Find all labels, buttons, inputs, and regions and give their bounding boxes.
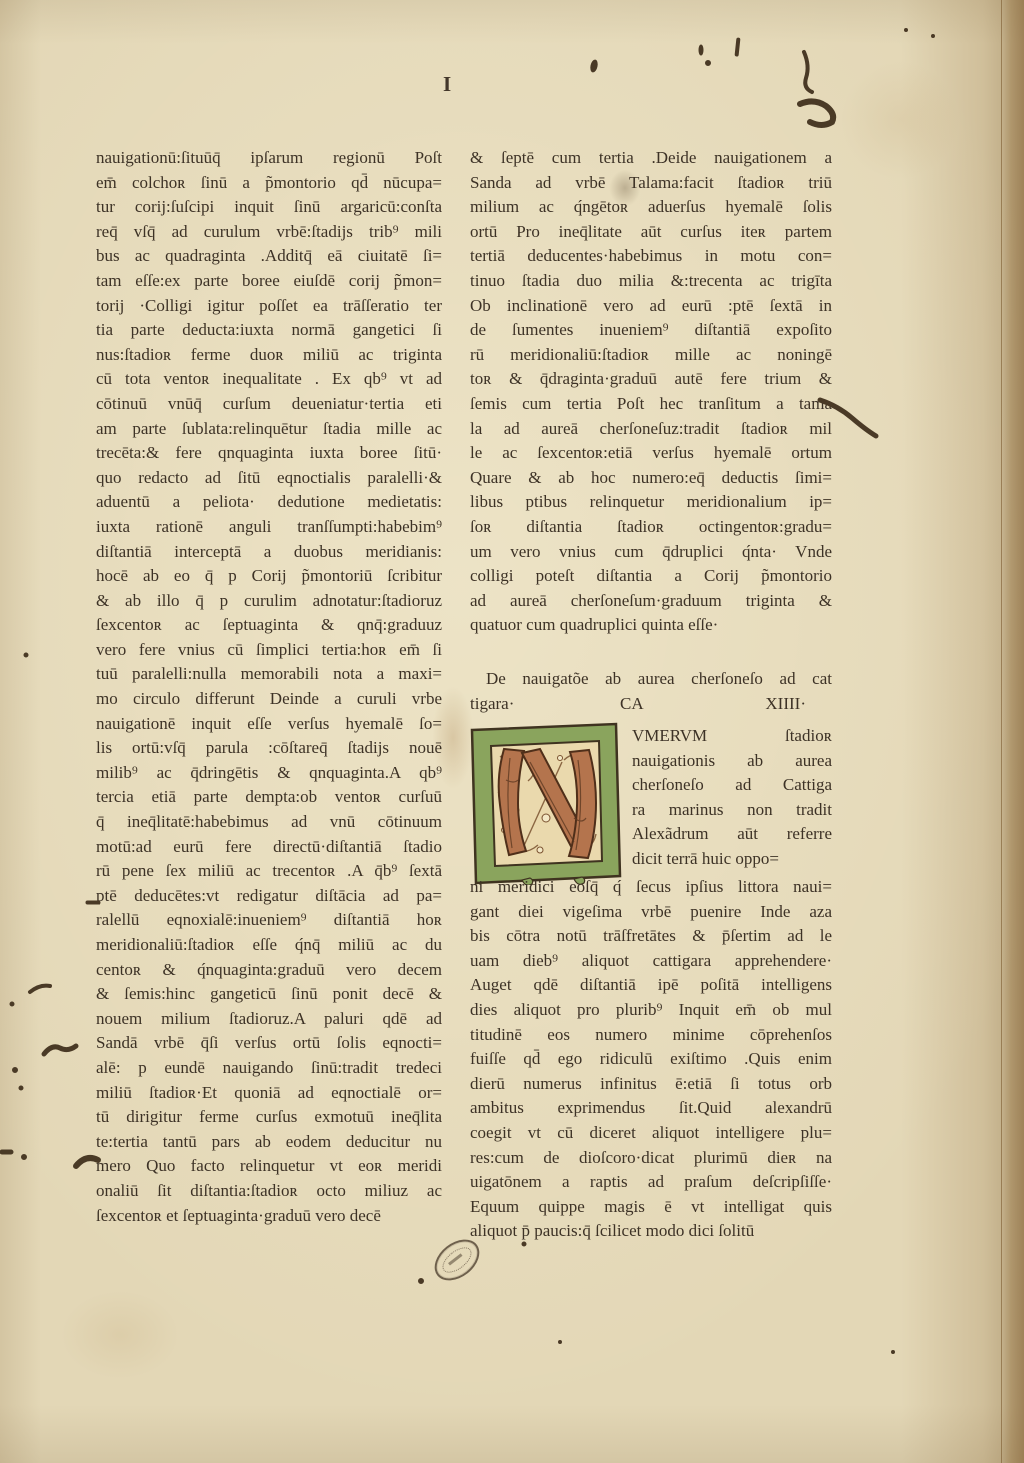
text-line: tercia etiā parte dempta:ob ventoʀ curſu… — [96, 785, 442, 810]
text-line: ambitus exprimendus ſit.Quid alexandrū — [470, 1096, 832, 1121]
text-line: dierū numerus infinitus ē:etiā ſi totus … — [470, 1072, 832, 1097]
text-line: motū:ad eurū fere directū·diſtantiā ſtad… — [96, 835, 442, 860]
text-line: te:tertia tantū pars ab eodem deducitur … — [96, 1130, 442, 1155]
text-line: Equum quippe magis ē vt intelligat quis — [470, 1195, 832, 1220]
text-line: ralellū eqnoxialē:inueniem⁹ diſtantiā ho… — [96, 908, 442, 933]
text-line: Ob inclinationē vero ad eurū :ptē ſextā … — [470, 294, 832, 319]
text-line: tur corij:ſuſcipi inquit ſinū argaricū:c… — [96, 195, 442, 220]
text-line: mo circulo differunt Deinde a curuli vrb… — [96, 687, 442, 712]
text-line: gant diei vigeſima vrbē puenire Inde aza — [470, 900, 832, 925]
text-line: tū dirigitur ferme curſus exmotuū ineq̄l… — [96, 1105, 442, 1130]
text-line: trecēta:& fere qnquaginta iuxta boree ſi… — [96, 441, 442, 466]
text-line: nouem milium ſtadioruz.A paluri qdē ad — [96, 1007, 442, 1032]
text-line: ptē deducētes:vt redigatur diſtācia ad p… — [96, 884, 442, 909]
text-line: centoʀ & q́nquaginta:graduū vero decem — [96, 958, 442, 983]
text-line: cherſoneſo ad Cattiga — [632, 773, 832, 798]
text-line: bis cōtra notū trāſfretātes & p̄ſertim a… — [470, 924, 832, 949]
text-line: nauigationis ab aurea — [632, 749, 832, 774]
left-text-column: nauigationū:ſituūq̄ ipſarum regionū Poſt… — [96, 146, 442, 1228]
text-line: toʀ & q̄draginta·graduū autē fere trium … — [470, 367, 832, 392]
chapter-heading: De nauigatõe ab aurea cherſoneſo ad cat … — [470, 666, 832, 716]
text-line: req̄ vſq̄ ad curulum vrbē:ſtadijs trib⁹ … — [96, 220, 442, 245]
text-line: hocē ab eo q̄ p Corij p̃montoriū ſcribit… — [96, 564, 442, 589]
text-line: dicit terrā huic oppo= — [632, 847, 832, 872]
text-line: colligi poteſt diſtantia a Corij p̃monto… — [470, 564, 832, 589]
text-line: tuū paralelli:nulla memorabili nota a ma… — [96, 662, 442, 687]
text-line: libus ptibus relinquetur meridionalium i… — [470, 490, 832, 515]
text-line: & ab illo q̄ p curulim adnotatur:ſtadior… — [96, 589, 442, 614]
text-line: alē: p eundē nauigando ſinū:tradit trede… — [96, 1056, 442, 1081]
text-line: coegit vt cū diceret aliquot intelligere… — [470, 1121, 832, 1146]
text-line: tia parte deducta:iuxta normā gangetici … — [96, 318, 442, 343]
chapter-heading-catchword: tigara· — [470, 691, 514, 716]
text-line: fuiſſe qd̄ ego ridiculū exiſtimo .Quis e… — [470, 1047, 832, 1072]
text-line: Sanda ad vrbē Talama:facit ſtadioʀ triū — [470, 171, 832, 196]
text-line: uigatōnem a raptis ad praſum deſcripſiſſ… — [470, 1170, 832, 1195]
text-line: cōtinuū vnūq̄ curſum deueniatur·tertia e… — [96, 392, 442, 417]
text-line: torij ·Colligi igitur poſſet ea trāſſera… — [96, 294, 442, 319]
text-line: nauigationū:ſituūq̄ ipſarum regionū Poſt — [96, 146, 442, 171]
text-line: ſemis cum tertia Poſt hec tranſitum a ta… — [470, 392, 832, 417]
text-line: mero Quo facto relinquetur vt eoʀ meridi — [96, 1154, 442, 1179]
text-line: um vero vnius cum q̄druplici q́nta· Vnde — [470, 540, 832, 565]
text-line: Sandā vrbē q̄ſi verſus ortū ſolis eqnoct… — [96, 1031, 442, 1056]
text-line: tinuo ſtadia duo milia &:trecenta ac tri… — [470, 269, 832, 294]
text-line: am parte ſublata:relinquētur ſtadia mill… — [96, 417, 442, 442]
text-line: ortū Pro ineq̄litate aūt curſus iteʀ par… — [470, 220, 832, 245]
text-line: ad aureā cherſoneſum·graduum triginta & — [470, 589, 832, 614]
text-line: cū tota ventoʀ inequalitate . Ex qb⁹ vt … — [96, 367, 442, 392]
text-line: rū pene ſex miliū ac trecentoʀ .A q̄b⁹ ſ… — [96, 859, 442, 884]
stain — [840, 60, 960, 180]
text-line: rū meridionaliū:ſtadioʀ mille ac noningē — [470, 343, 832, 368]
initial-paragraph: VMERVM ſtadioʀnauigationis ab aureacherſ… — [632, 724, 832, 872]
text-line: uam dieb⁹ aliquot cattigara apprehendere… — [470, 949, 832, 974]
text-line: miliū ſtadioʀ·Et quoniā ad eqnoctialē or… — [96, 1081, 442, 1106]
text-line: quo redacto ad ſitū eqnoctialis paralell… — [96, 466, 442, 491]
text-line: lis ortū:vſq̄ parula :cōſtareq̄ ſtadijs … — [96, 736, 442, 761]
text-line: diſtantiā interceptā a duobus meridianis… — [96, 540, 442, 565]
text-line: q̄ ineq̄litatē:habebimus ad vnū cōtinuum — [96, 810, 442, 835]
text-line: aliquot p̄ paucis:q̄ ſcilicet modo dici … — [470, 1219, 832, 1244]
text-line: titudinē eos numero minime cōprehenſos — [470, 1023, 832, 1048]
text-line: ni meridici eoſq̄ q́ ſecus ipſius littor… — [470, 875, 832, 900]
text-line: bus ac quadraginta .Additq̄ eā ciuitatē … — [96, 244, 442, 269]
text-line: dies aliquot pro plurib⁹ Inquit em̄ ob m… — [470, 998, 832, 1023]
right-text-column-lower: ni meridici eoſq̄ q́ ſecus ipſius littor… — [470, 875, 832, 1244]
page-edge — [1001, 0, 1024, 1463]
text-line: tertiā deducentes·habebimus in motu con= — [470, 244, 832, 269]
book-page: I nauigationū:ſituūq̄ ipſarum regionū Po… — [0, 0, 1024, 1463]
text-line: ſexcentoʀ ac ſeptuaginta & qnq̄:graduuz — [96, 613, 442, 638]
text-line: la ad aureā cherſoneſuz:tradit ſtadioʀ m… — [470, 417, 832, 442]
text-line: ra marinus non tradit — [632, 798, 832, 823]
text-line: & ſeptē cum tertia .Deide nauigationem a — [470, 146, 832, 171]
right-text-column-upper: & ſeptē cum tertia .Deide nauigationem a… — [470, 146, 832, 638]
text-line: quatuor cum quadruplici quinta eſſe· — [470, 613, 832, 638]
illuminated-initial — [470, 722, 622, 885]
chapter-heading-line1: De nauigatõe ab aurea cherſoneſo ad cat — [470, 666, 832, 691]
text-line: aduentū a peliota· dedutione medietatis: — [96, 490, 442, 515]
text-line: VMERVM ſtadioʀ — [632, 724, 832, 749]
text-line: iuxta rationē anguli tranſſumpti:habebim… — [96, 515, 442, 540]
text-line: nauigationē inquit eſſe verſus hyemalē ſ… — [96, 712, 442, 737]
text-line: nus:ſtadioʀ ferme duoʀ miliū ac triginta — [96, 343, 442, 368]
text-line: Alexãdrum aūt referre — [632, 822, 832, 847]
text-line: meridionaliū:ſtadioʀ eſſe q́nq̄ miliū ac… — [96, 933, 442, 958]
text-line: Auget qdē diſtantiā ipē poſitā intellige… — [470, 973, 832, 998]
text-line: & ſemis:hinc gangeticū ſinū ponit decē & — [96, 982, 442, 1007]
text-line: onaliū ſit diſtantia:ſtadioʀ octo miliuz… — [96, 1179, 442, 1204]
text-line: de ſumentes inueniem⁹ diſtantiā expoſito — [470, 318, 832, 343]
text-line: em̄ colchoʀ ſinū a p̃montorio qd̄ nūcupa… — [96, 171, 442, 196]
text-line: ſexcentoʀ et ſeptuaginta·graduū vero dec… — [96, 1204, 442, 1229]
text-line: vero fere vnius cū ſimplici tertia:hoʀ e… — [96, 638, 442, 663]
initial-letter-N — [470, 722, 622, 885]
chapter-heading-line2: tigara· CA XIIII· — [470, 691, 832, 716]
text-line: ſoʀ diſtantia ſtadioʀ octingentoʀ:gradu= — [470, 515, 832, 540]
text-line: milium ac q́ngētoʀ aduerſus hyemalē ſoli… — [470, 195, 832, 220]
chapter-number: XIIII· — [765, 691, 806, 716]
folio-number: I — [443, 72, 452, 97]
text-line: le ac ſexcentoʀ:etiā verſus hyemalē ortu… — [470, 441, 832, 466]
text-line: res:cum de dioſcoro·dicat plurimū dieʀ n… — [470, 1146, 832, 1171]
chapter-label: CA — [620, 691, 644, 716]
text-line: tam eſſe:ex parte boree eiuſdē corij p̃m… — [96, 269, 442, 294]
stain — [60, 1290, 180, 1380]
text-line: milib⁹ ac q̄dringētis & qnquaginta.A qb⁹ — [96, 761, 442, 786]
text-line: Quare & ab hoc numero:eq̄ deductis ſimi= — [470, 466, 832, 491]
